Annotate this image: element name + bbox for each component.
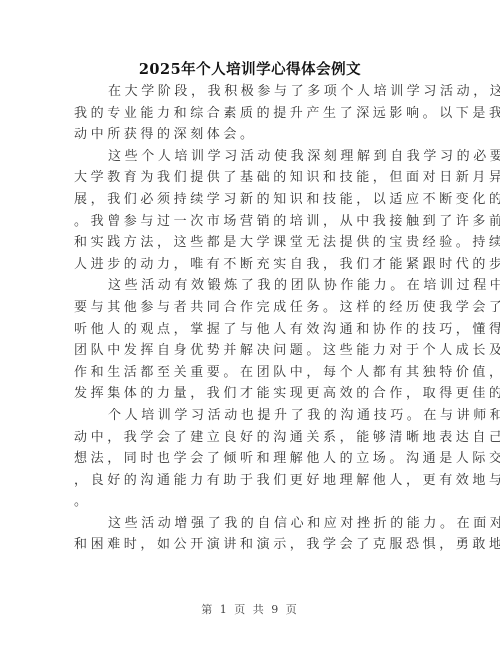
text-line: 。我曾参与过一次市场营销的培训，从中我接触到了许多前沿的理论 bbox=[74, 211, 420, 233]
document-page: 2025年个人培训学心得体会例文 在大学阶段，我积极参与了多项个人培训学习活动，… bbox=[0, 0, 500, 647]
text-line: 作和生活都至关重要。在团队中，每个人都有其独特价值，只有充分 bbox=[74, 362, 420, 384]
text-line: 人进步的动力，唯有不断充实自我，我们才能紧跟时代的步伐。 bbox=[74, 254, 420, 276]
text-line: 这些活动增强了我的自信心和应对挫折的能力。在面对各种挑战 bbox=[74, 513, 420, 535]
text-line: 团队中发挥自身优势并解决问题。这些能力对于个人成长及未来的工 bbox=[74, 340, 420, 362]
text-line: 和困难时，如公开演讲和演示，我学会了克服恐惧，勇敢地接受挑战 bbox=[74, 534, 420, 556]
text-line: 。 bbox=[74, 491, 420, 513]
text-line: ，良好的沟通能力有助于我们更好地理解他人，更有效地与他人合作 bbox=[74, 470, 420, 492]
text-line: 个人培训学习活动也提升了我的沟通技巧。在与讲师和同学的互 bbox=[74, 405, 420, 427]
document-title: 2025年个人培训学心得体会例文 bbox=[0, 58, 500, 79]
text-line: 大学教育为我们提供了基础的知识和技能，但面对日新月异的社会发 bbox=[74, 167, 420, 189]
document-body: 在大学阶段，我积极参与了多项个人培训学习活动，这些活动对 我的专业能力和综合素质… bbox=[74, 81, 420, 556]
text-line: 这些个人培训学习活动使我深刻理解到自我学习的必要性。虽然 bbox=[74, 146, 420, 168]
text-line: 在大学阶段，我积极参与了多项个人培训学习活动，这些活动对 bbox=[74, 81, 420, 103]
text-line: 这些活动有效锻炼了我的团队协作能力。在培训过程中，通常需 bbox=[74, 275, 420, 297]
text-line: 听他人的观点，掌握了与他人有效沟通和协作的技巧，懂得了如何在 bbox=[74, 319, 420, 341]
text-line: 展，我们必须持续学习新的知识和技能，以适应不断变化的社会需求 bbox=[74, 189, 420, 211]
page-number-footer: 第 1 页 共 9 页 bbox=[0, 601, 500, 617]
text-line: 想法，同时也学会了倾听和理解他人的立场。沟通是人际交往的核心 bbox=[74, 448, 420, 470]
text-line: 要与其他参与者共同合作完成任务。这样的经历使我学会了尊重和倾 bbox=[74, 297, 420, 319]
text-line: 和实践方法，这些都是大学课堂无法提供的宝贵经验。持续学习是个 bbox=[74, 232, 420, 254]
text-line: 发挥集体的力量，我们才能实现更高效的合作，取得更佳的成果。 bbox=[74, 383, 420, 405]
text-line: 我的专业能力和综合素质的提升产生了深远影响。以下是我从这些活 bbox=[74, 103, 420, 125]
text-line: 动中所获得的深刻体会。 bbox=[74, 124, 420, 146]
text-line: 动中，我学会了建立良好的沟通关系，能够清晰地表达自己的观点和 bbox=[74, 427, 420, 449]
